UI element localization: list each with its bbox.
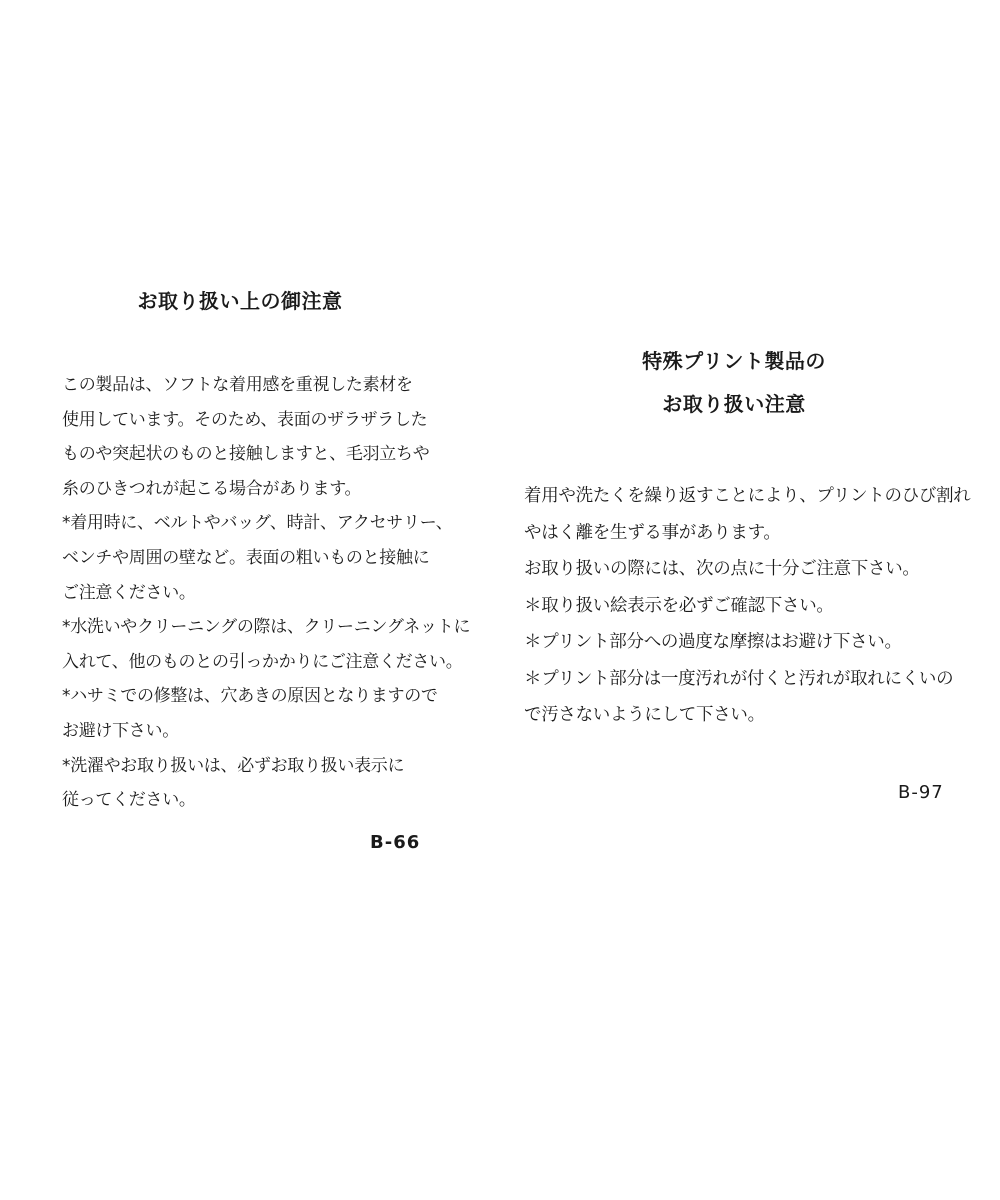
right-notice-line: 着用や洗たくを繰り返すことにより、プリントのひび割れ xyxy=(524,478,954,515)
left-notice-title: お取り扱い上の御注意 xyxy=(50,284,430,318)
left-notice-line: 入れて、他のものとの引っかかりにご注意ください。 xyxy=(62,645,442,680)
left-notice-line: *ハサミでの修整は、穴あきの原因となりますので xyxy=(62,679,442,714)
care-notice-left: お取り扱い上の御注意 この製品は、ソフトな着用感を重視した素材を 使用しています… xyxy=(62,284,442,818)
left-notice-line: 従ってください。 xyxy=(62,783,442,818)
left-notice-code: B-66 xyxy=(370,832,420,853)
left-notice-line: お避け下さい。 xyxy=(62,714,442,749)
left-notice-body: この製品は、ソフトな着用感を重視した素材を 使用しています。そのため、表面のザラ… xyxy=(62,368,442,818)
right-notice-line: ＊プリント部分への過度な摩擦はお避け下さい。 xyxy=(524,624,954,661)
left-notice-line: ものや突起状のものと接触しますと、毛羽立ちや xyxy=(62,437,442,472)
right-notice-line: で汚さないようにして下さい。 xyxy=(524,697,954,734)
right-notice-code: B-97 xyxy=(898,782,944,803)
left-notice-line: *水洗いやクリーニングの際は、クリーニングネットに xyxy=(62,610,442,645)
left-notice-line: 糸のひきつれが起こる場合があります。 xyxy=(62,472,442,507)
left-notice-line: ベンチや周囲の壁など。表面の粗いものと接触に xyxy=(62,541,442,576)
left-notice-line: *着用時に、ベルトやバッグ、時計、アクセサリー、 xyxy=(62,506,442,541)
left-notice-line: ご注意ください。 xyxy=(62,576,442,611)
right-notice-line: お取り扱いの際には、次の点に十分ご注意下さい。 xyxy=(524,551,954,588)
right-notice-line: ＊プリント部分は一度汚れが付くと汚れが取れにくいの xyxy=(524,661,954,698)
left-notice-line: 使用しています。そのため、表面のザラザラした xyxy=(62,403,442,438)
left-notice-line: *洗濯やお取り扱いは、必ずお取り扱い表示に xyxy=(62,749,442,784)
right-notice-line: ＊取り扱い絵表示を必ずご確認下さい。 xyxy=(524,588,954,625)
right-notice-title-line1: 特殊プリント製品の xyxy=(524,340,944,383)
right-notice-line: やはく離を生ずる事があります。 xyxy=(524,515,954,552)
right-notice-title-line2: お取り扱い注意 xyxy=(524,383,944,426)
right-notice-body: 着用や洗たくを繰り返すことにより、プリントのひび割れ やはく離を生ずる事がありま… xyxy=(524,478,954,734)
care-notice-right: 特殊プリント製品の お取り扱い注意 着用や洗たくを繰り返すことにより、プリントの… xyxy=(524,340,954,734)
left-notice-line: この製品は、ソフトな着用感を重視した素材を xyxy=(62,368,442,403)
